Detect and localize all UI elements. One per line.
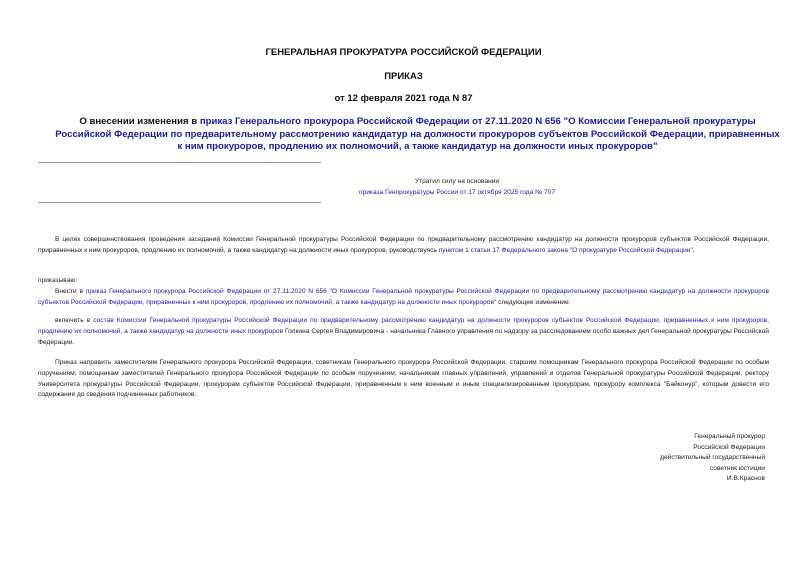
- order-word: приказываю:: [38, 276, 769, 287]
- doc-date-number: от 12 февраля 2021 года N 87: [0, 93, 807, 104]
- paragraph-distribution: Приказ направить заместителям Генерально…: [38, 358, 769, 401]
- divider-bottom: [38, 202, 321, 203]
- org-name: ГЕНЕРАЛЬНАЯ ПРОКУРАТУРА РОССИЙСКОЙ ФЕДЕР…: [0, 47, 807, 58]
- preamble-end: ,: [693, 247, 695, 254]
- law-link[interactable]: пунктом 1 статьи 17 Федерального закона …: [439, 247, 693, 254]
- divider-top: [38, 162, 321, 163]
- signature-line: Российской Федерации: [660, 443, 765, 454]
- paragraph-amend: Внести в приказ Генерального прокурора Р…: [38, 287, 769, 309]
- signature-line: действительный государственный: [660, 453, 765, 464]
- amend-end: следующее изменение:: [496, 299, 570, 306]
- amend-prefix: Внести в: [55, 288, 86, 295]
- document-title: О внесении изменения в приказ Генерально…: [55, 116, 780, 154]
- lost-force-note: Утратил силу на основании приказа Генпро…: [250, 176, 664, 198]
- signature-line: советник юстиции: [660, 464, 765, 475]
- paragraph-include: включить в состав Комиссии Генеральной п…: [38, 316, 769, 348]
- doc-type: ПРИКАЗ: [0, 71, 807, 82]
- signature-line: Генеральный прокурор: [660, 432, 765, 443]
- order-656-link[interactable]: приказ Генерального прокурора Российской…: [38, 288, 769, 306]
- title-prefix: О внесении изменения в: [79, 116, 199, 127]
- include-prefix: включить в: [55, 317, 93, 324]
- lost-force-link[interactable]: приказа Генпрокуратуры России от 17 октя…: [250, 187, 664, 198]
- signature-block: Генеральный прокурор Российской Федераци…: [660, 432, 765, 485]
- lost-force-text: Утратил силу на основании: [250, 176, 664, 187]
- signatory-name: И.В.Краснов: [660, 474, 765, 485]
- paragraph-preamble: В целях совершенствования проведения зас…: [38, 235, 769, 257]
